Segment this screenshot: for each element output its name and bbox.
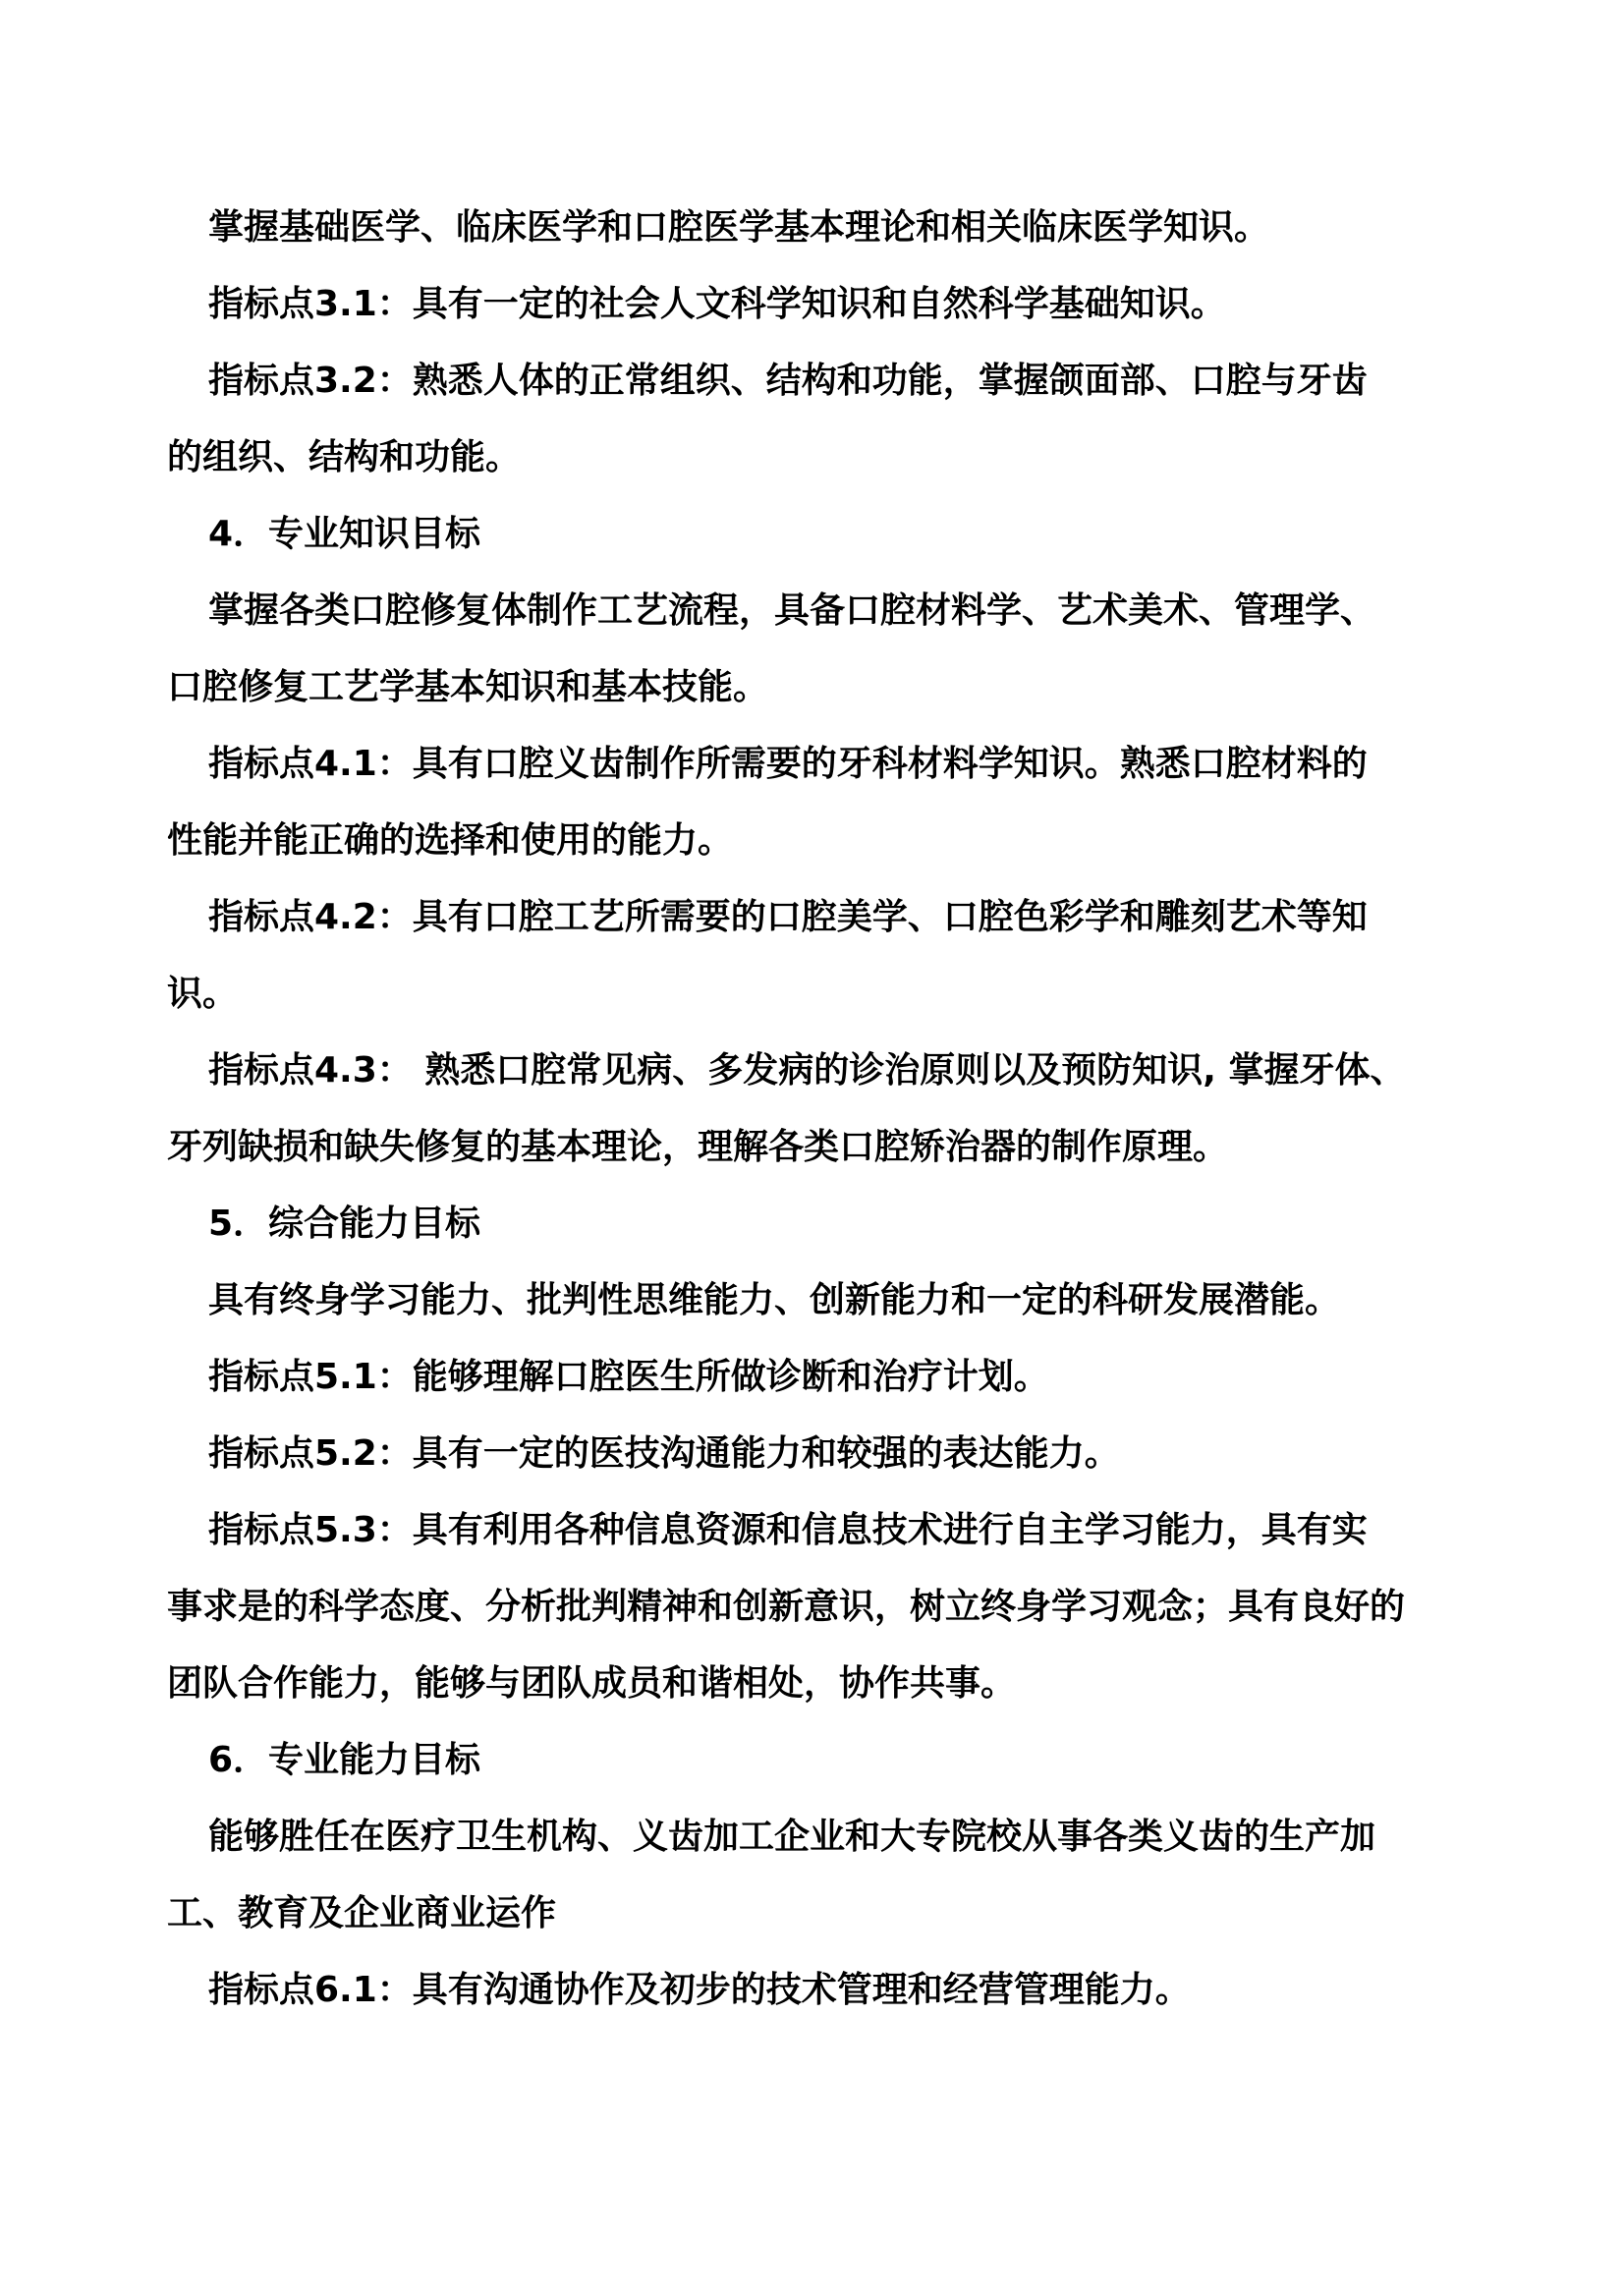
text-line: 指标点4.1：具有口腔义齿制作所需要的牙科材料学知识。熟悉口腔材料的 — [167, 726, 1474, 803]
text-line: 的组织、结构和功能。 — [167, 420, 1474, 496]
text-line: 指标点4.3： 熟悉口腔常见病、多发病的诊治原则以及预防知识, 掌握牙体、 — [167, 1033, 1474, 1109]
text-line: 掌握基础医学、临床医学和口腔医学基本理论和相关临床医学知识。 — [167, 190, 1474, 266]
text-line: 能够胜任在医疗卫生机构、义齿加工企业和大专院校从事各类义齿的生产加 — [167, 1799, 1474, 1876]
text-line: 工、教育及企业商业运作 — [167, 1876, 1474, 1952]
text-line: 指标点3.1：具有一定的社会人文科学知识和自然科学基础知识。 — [167, 266, 1474, 343]
text-line: 事求是的科学态度、分析批判精神和创新意识，树立终身学习观念；具有良好的 — [167, 1569, 1474, 1646]
text-line: 指标点5.3：具有利用各种信息资源和信息技术进行自主学习能力，具有实 — [167, 1492, 1474, 1569]
text-line: 口腔修复工艺学基本知识和基本技能。 — [167, 649, 1474, 726]
text-line: 性能并能正确的选择和使用的能力。 — [167, 803, 1474, 879]
text-line: 指标点6.1：具有沟通协作及初步的技术管理和经营管理能力。 — [167, 1952, 1474, 2029]
text-line: 指标点5.2：具有一定的医技沟通能力和较强的表达能力。 — [167, 1416, 1474, 1492]
text-line: 具有终身学习能力、批判性思维能力、创新能力和一定的科研发展潜能。 — [167, 1262, 1474, 1339]
text-line: 掌握各类口腔修复体制作工艺流程，具备口腔材料学、艺术美术、管理学、 — [167, 573, 1474, 649]
text-line: 指标点5.1：能够理解口腔医生所做诊断和治疗计划。 — [167, 1339, 1474, 1416]
text-line: 识。 — [167, 956, 1474, 1033]
text-line: 指标点3.2：熟悉人体的正常组织、结构和功能，掌握颌面部、口腔与牙齿 — [167, 343, 1474, 420]
text-line: 牙列缺损和缺失修复的基本理论，理解各类口腔矫治器的制作原理。 — [167, 1109, 1474, 1186]
section-heading: 6．专业能力目标 — [167, 1722, 1474, 1799]
text-line: 指标点4.2：具有口腔工艺所需要的口腔美学、口腔色彩学和雕刻艺术等知 — [167, 879, 1474, 956]
text-line: 团队合作能力，能够与团队成员和谐相处，协作共事。 — [167, 1646, 1474, 1722]
section-heading: 4．专业知识目标 — [167, 496, 1474, 573]
section-heading: 5．综合能力目标 — [167, 1186, 1474, 1262]
document-body: 掌握基础医学、临床医学和口腔医学基本理论和相关临床医学知识。指标点3.1：具有一… — [167, 190, 1474, 2029]
document-page: 掌握基础医学、临床医学和口腔医学基本理论和相关临床医学知识。指标点3.1：具有一… — [0, 0, 1624, 2296]
